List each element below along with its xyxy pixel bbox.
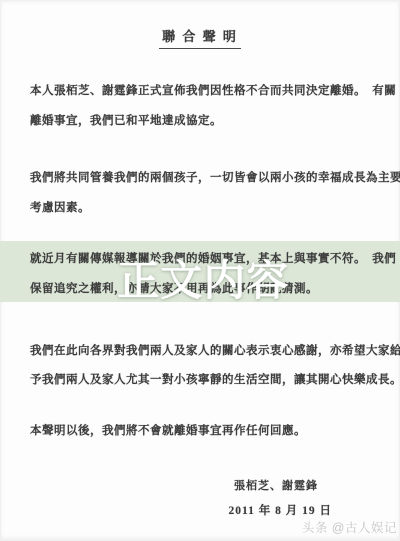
paragraph-1-line-1: 本人張栢芝、謝霆鋒正式宣佈我們因性格不合而共同決定離婚。 有關 [30,82,380,98]
statement-date: 2011 年 8 月 19 日 [0,502,332,518]
corner-watermark: 头条 @古人娱记 [302,518,397,536]
document-title: 聯 合 聲 明 [159,26,241,49]
paragraph-1-line-2: 離婚事宜，我們已和平地達成協定。 [30,112,380,128]
paragraph-2-line-1: 我們將共同管養我們的兩個孩子，一切皆會以兩小孩的幸福成長為主要 [30,169,380,185]
paragraph-4-line-1: 我們在此向各界對我們兩人及家人的關心表示衷心感謝，亦希望大家給 [30,342,380,358]
center-watermark: 正文内容 [117,248,289,308]
document-page: 聯 合 聲 明 本人張栢芝、謝霆鋒正式宣佈我們因性格不合而共同決定離婚。 有關 … [0,0,400,541]
signature-names: 張栢芝、謝霆鋒 [0,477,318,493]
title-wrap: 聯 合 聲 明 [0,26,400,49]
paragraph-4-line-2: 予我們兩人及家人尤其一對小孩寧靜的生活空間，讓其開心快樂成長。 [30,371,380,387]
paragraph-2-line-2: 考慮因素。 [30,199,380,215]
paragraph-5-line-1: 本聲明以後，我們將不會就離婚事宜再作任何回應。 [30,422,380,438]
